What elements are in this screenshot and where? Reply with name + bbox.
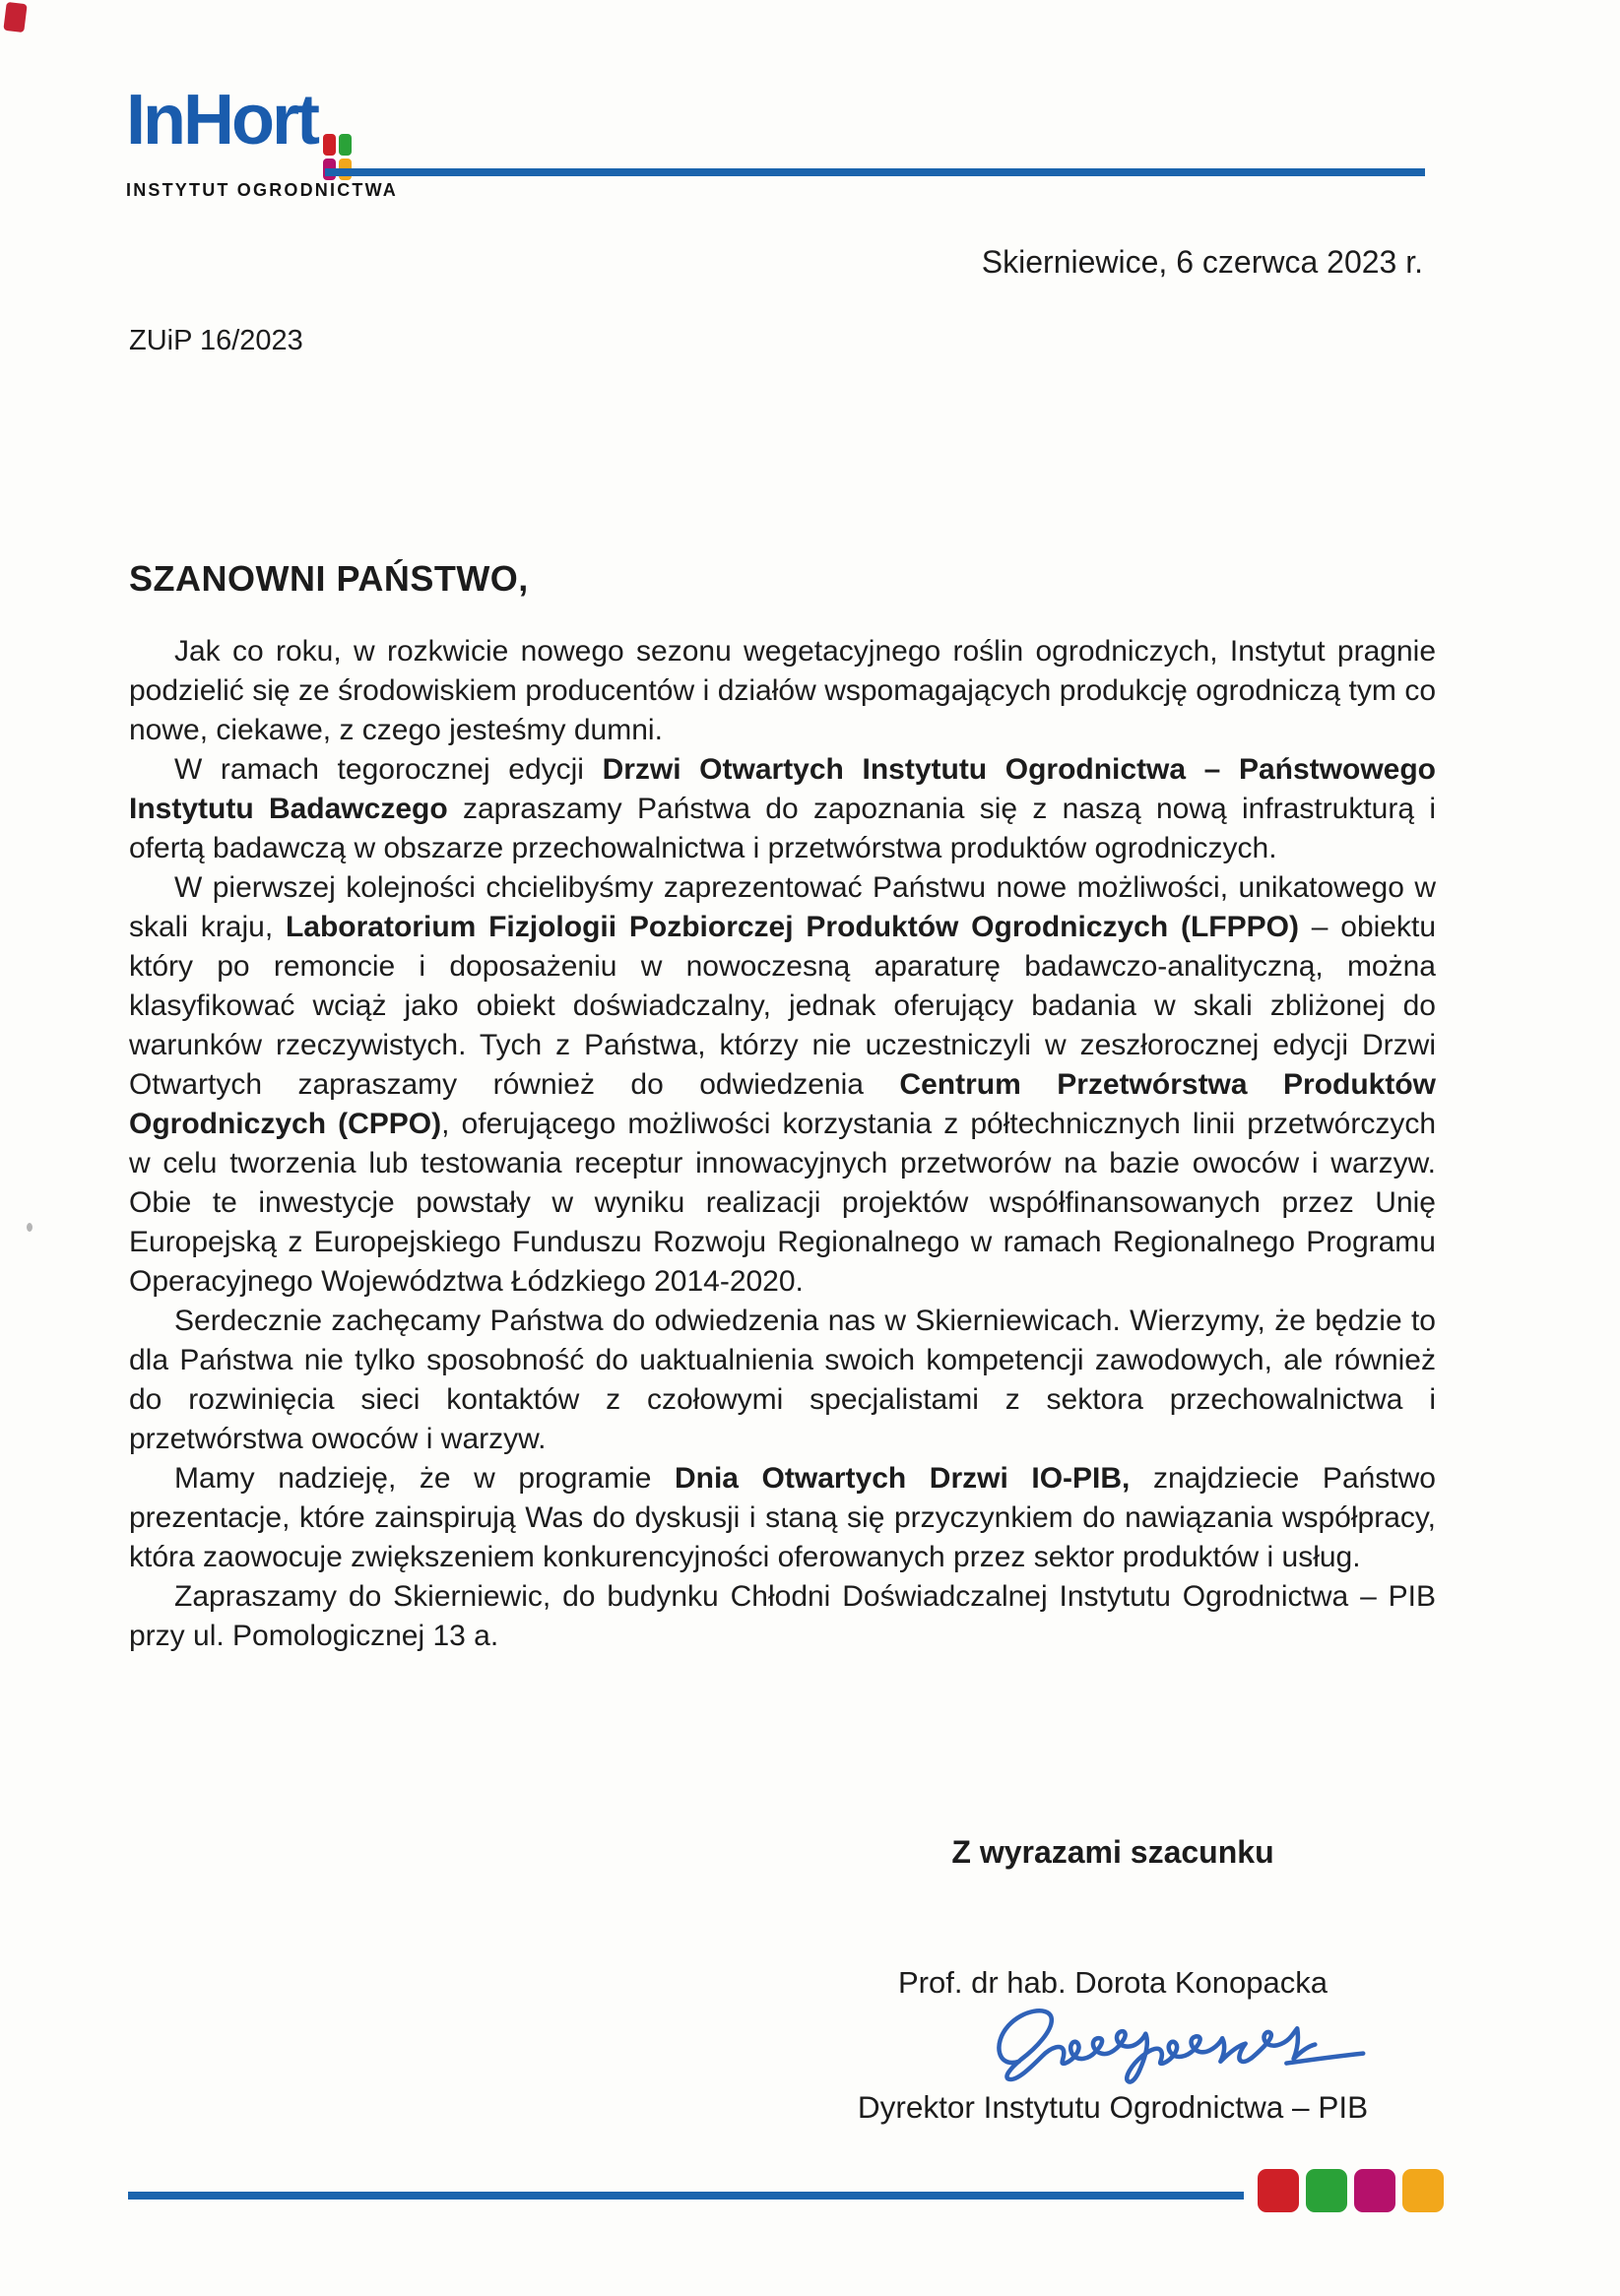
- dateline: Skierniewice, 6 czerwca 2023 r.: [982, 244, 1423, 281]
- scan-artifact-dot: [27, 1223, 32, 1232]
- text-run: Mamy nadzieję, że w programie: [174, 1462, 675, 1495]
- text-run: Serdecznie zachęcamy Państwa do odwiedze…: [129, 1305, 1436, 1455]
- logo-square-green-icon: [339, 134, 352, 156]
- letter-body: SZANOWNI PAŃSTWO, Jak co roku, w rozkwic…: [129, 559, 1436, 1656]
- paragraph-1: Jak co roku, w rozkwicie nowego sezonu w…: [129, 632, 1436, 750]
- logo-square-red-icon: [323, 134, 336, 156]
- footer-divider: [128, 2192, 1244, 2200]
- inhort-logo-wordmark: InHort: [126, 83, 317, 158]
- footer-square-green-icon: [1306, 2169, 1347, 2212]
- header-divider: [325, 168, 1425, 176]
- paragraph-3: W pierwszej kolejności chcielibyśmy zapr…: [129, 868, 1436, 1302]
- text-run-bold: Dnia Otwartych Drzwi IO-PIB,: [675, 1462, 1130, 1495]
- scan-artifact-red-mark: [3, 2, 27, 32]
- inhort-logo: InHort INSTYTUT OGRODNICTWA: [126, 83, 398, 201]
- text-run: Jak co roku, w rozkwicie nowego sezonu w…: [129, 635, 1436, 746]
- scanned-letter-page: InHort INSTYTUT OGRODNICTWA Skierniewice…: [0, 0, 1620, 2296]
- paragraph-6: Zapraszamy do Skierniewic, do budynku Ch…: [129, 1577, 1436, 1656]
- footer-square-magenta-icon: [1354, 2169, 1395, 2212]
- text-run-bold: Laboratorium Fizjologii Pozbiorczej Prod…: [286, 911, 1299, 943]
- paragraph-2: W ramach tegorocznej edycji Drzwi Otwart…: [129, 750, 1436, 868]
- signer-title: Dyrektor Instytutu Ogrodnictwa – PIB: [857, 2089, 1369, 2126]
- footer-color-squares: [1258, 2169, 1444, 2212]
- signature-handwriting: [965, 2003, 1389, 2087]
- salutation: SZANOWNI PAŃSTWO,: [129, 559, 1436, 599]
- text-run: Zapraszamy do Skierniewic, do budynku Ch…: [129, 1580, 1436, 1652]
- paragraph-4: Serdecznie zachęcamy Państwa do odwiedze…: [129, 1302, 1436, 1459]
- inhort-logo-row: InHort: [126, 83, 398, 180]
- inhort-logo-subtitle: INSTYTUT OGRODNICTWA: [126, 180, 398, 201]
- closing-phrase: Z wyrazami szacunku: [857, 1833, 1369, 1871]
- paragraph-5: Mamy nadzieję, że w programie Dnia Otwar…: [129, 1459, 1436, 1577]
- signer-name: Prof. dr hab. Dorota Konopacka: [857, 1965, 1369, 2001]
- closing-block: Z wyrazami szacunku Prof. dr hab. Dorota…: [857, 1833, 1369, 2126]
- footer-square-red-icon: [1258, 2169, 1299, 2212]
- footer-square-yellow-icon: [1402, 2169, 1444, 2212]
- text-run: W ramach tegorocznej edycji: [174, 753, 603, 786]
- reference-number: ZUiP 16/2023: [129, 325, 303, 357]
